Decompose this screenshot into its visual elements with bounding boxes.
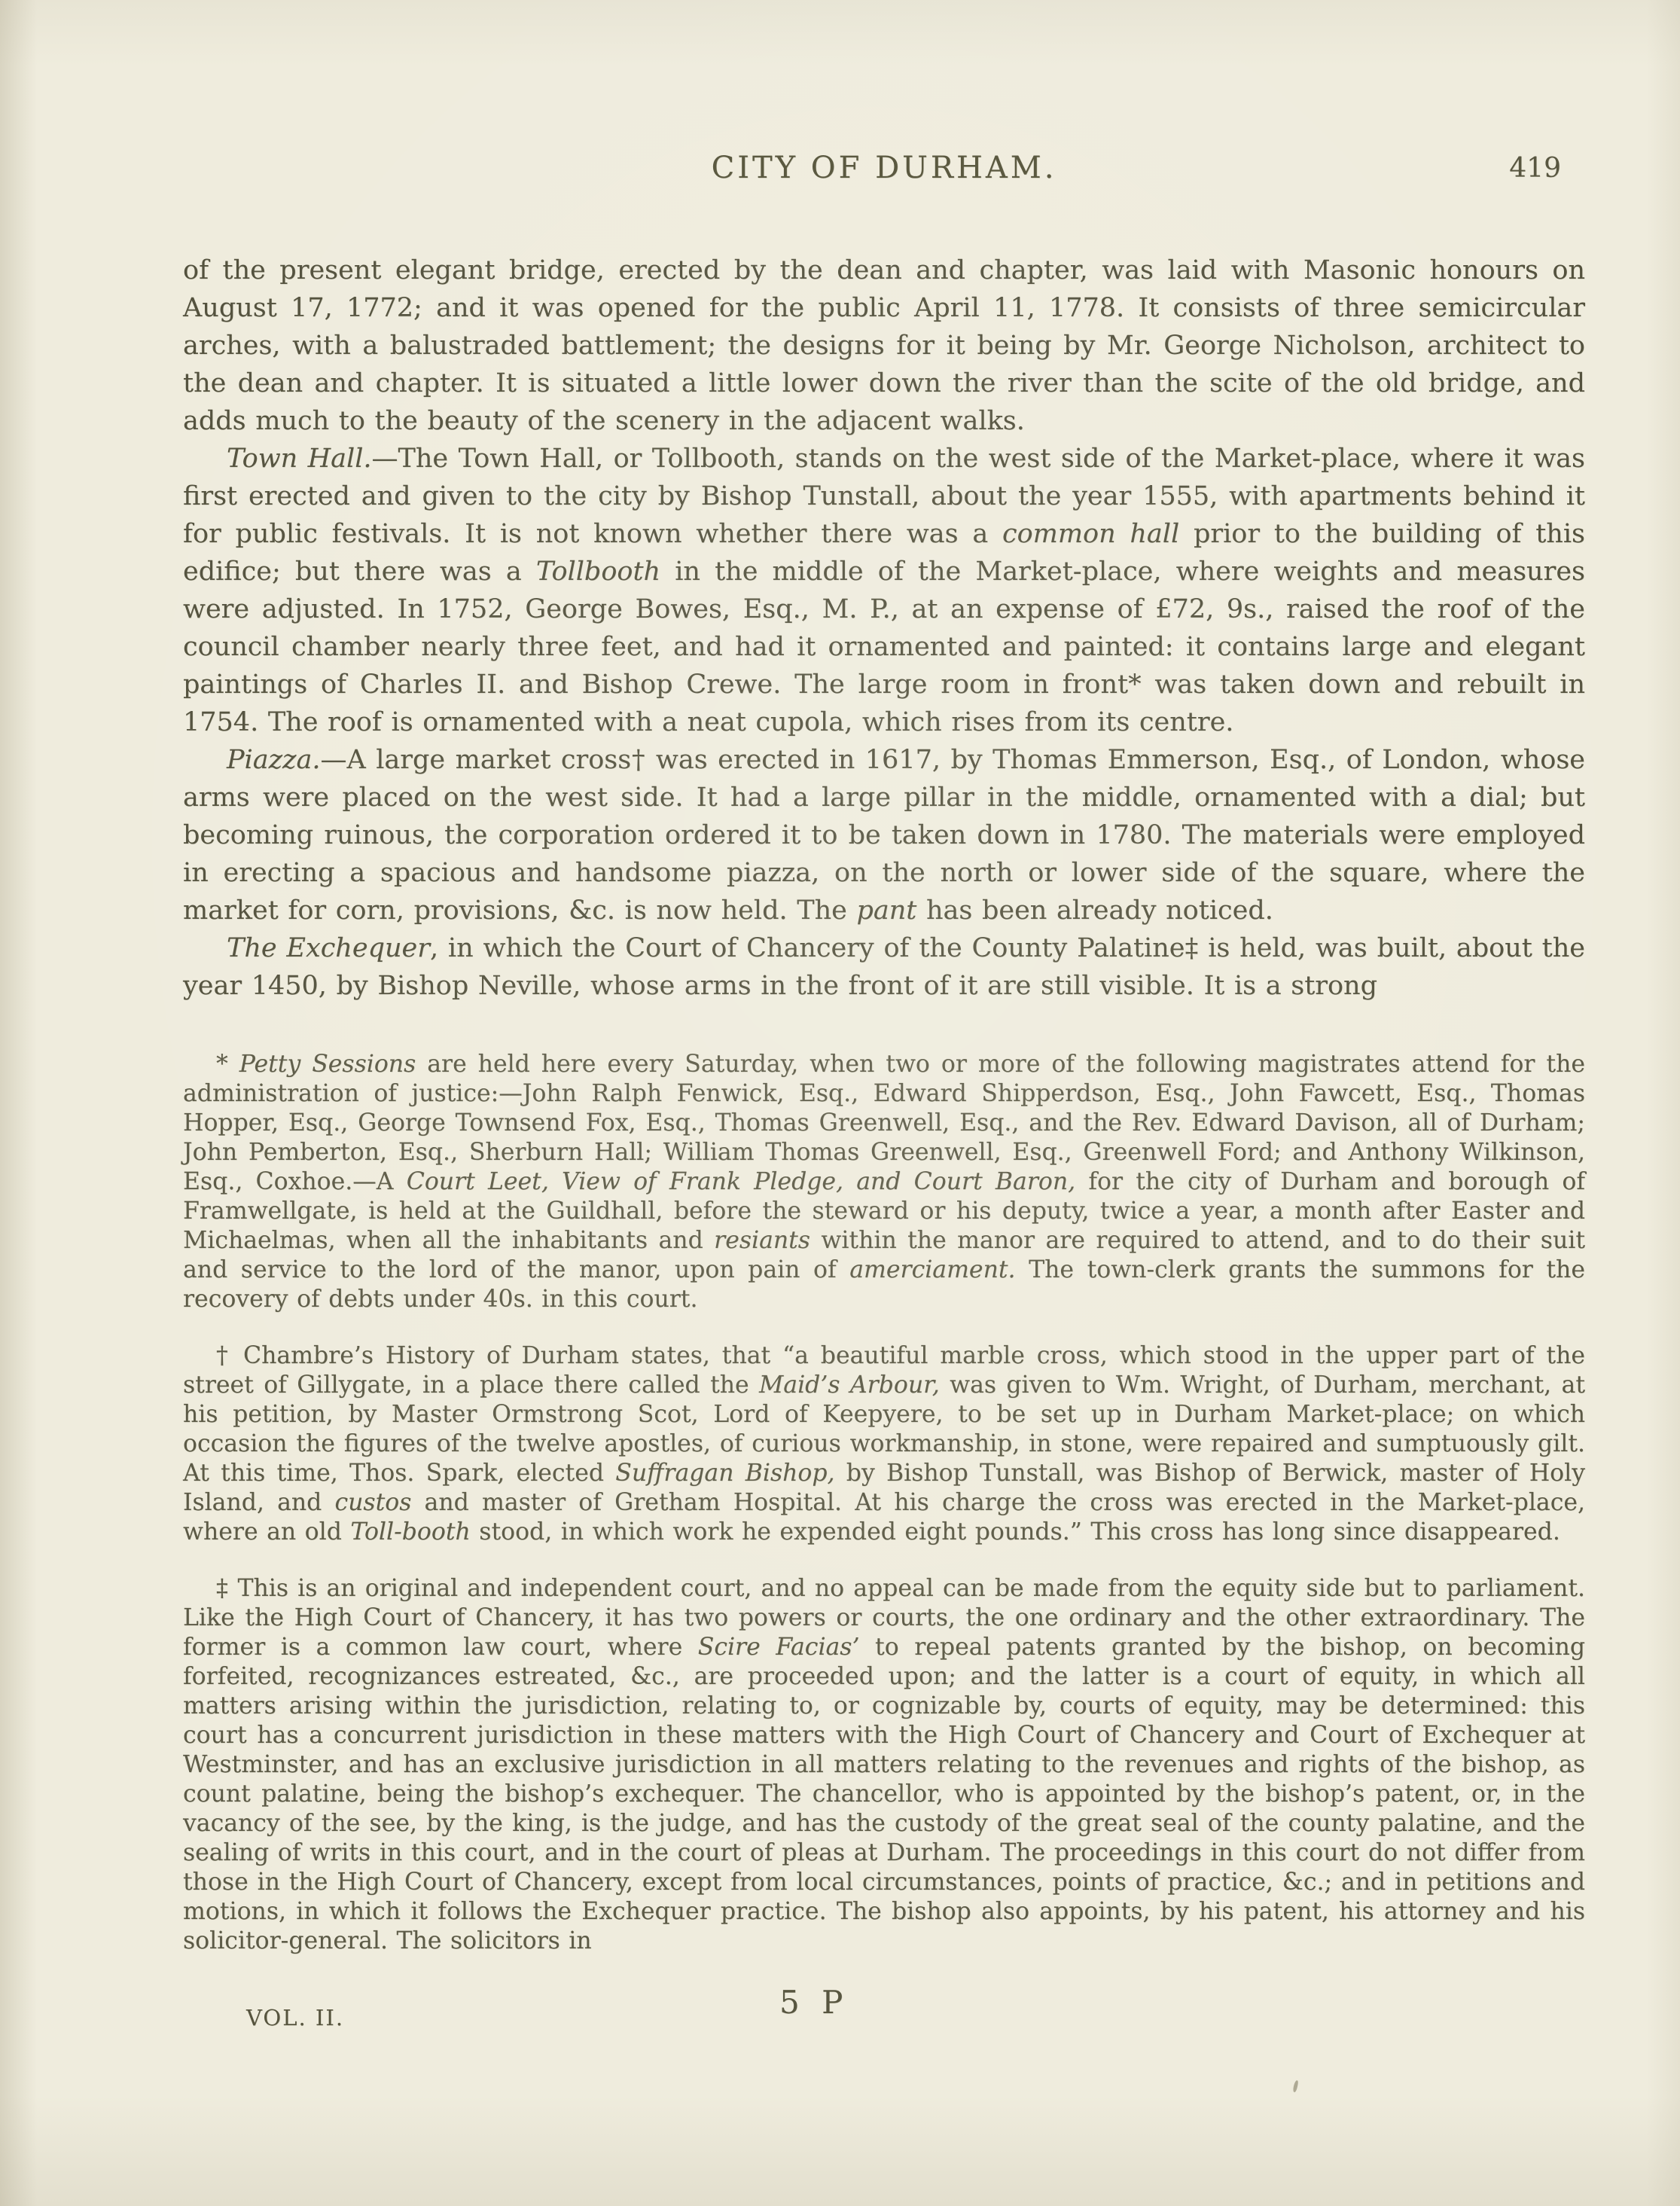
body-paragraphs: of the present elegant bridge, erected b…	[183, 252, 1585, 1005]
text-run: stood, in which work he expended eight p…	[471, 1518, 1560, 1545]
italic-text-run: pant	[856, 896, 916, 926]
footnote: ‡ This is an original and independent co…	[183, 1574, 1585, 1956]
ink-speck	[1292, 2080, 1298, 2093]
italic-text-run: Toll-booth	[350, 1518, 470, 1545]
italic-text-run: The Exchequer	[227, 933, 430, 963]
italic-text-run: Court Leet, View of Frank Pledge, and Co…	[407, 1168, 1075, 1195]
italic-text-run: common hall	[1002, 519, 1179, 549]
body-paragraph: Town Hall.—The Town Hall, or Tollbooth, …	[183, 440, 1585, 741]
footnotes-section: * Petty Sessions are held here every Sat…	[183, 1050, 1585, 1956]
italic-text-run: Piazza.	[227, 745, 320, 775]
italic-text-run: resiants	[714, 1227, 810, 1254]
footer-volume-label: VOL. II.	[246, 2005, 344, 2031]
italic-text-run: custos	[335, 1489, 412, 1516]
italic-text-run: Scire Facias’	[698, 1634, 860, 1661]
body-paragraph: The Exchequer, in which the Court of Cha…	[183, 929, 1585, 1005]
italic-text-run: Tollbooth	[536, 557, 660, 587]
text-run: has been already noticed.	[916, 896, 1273, 926]
body-paragraph: of the present elegant bridge, erected b…	[183, 252, 1585, 440]
body-paragraph: Piazza.—A large market cross† was erecte…	[183, 741, 1585, 929]
page-header: CITY OF DURHAM. 419	[183, 151, 1585, 185]
footnote: * Petty Sessions are held here every Sat…	[183, 1050, 1585, 1314]
italic-text-run: Town Hall.	[227, 444, 372, 474]
italic-text-run: Maid’s Arbour,	[759, 1372, 940, 1399]
italic-text-run: Petty Sessions	[239, 1051, 416, 1078]
text-run: *	[216, 1051, 239, 1078]
italic-text-run: Suffragan Bishop,	[615, 1460, 834, 1487]
text-run: to repeal patents granted by the bishop,…	[183, 1634, 1585, 1954]
page-title: CITY OF DURHAM.	[183, 151, 1585, 185]
page-content: of the present elegant bridge, erected b…	[183, 252, 1585, 1956]
footnote: † Chambre’s History of Durham states, th…	[183, 1341, 1585, 1547]
book-page: CITY OF DURHAM. 419 of the present elega…	[0, 0, 1680, 2206]
text-run: of the present elegant bridge, erected b…	[183, 255, 1585, 436]
page-number: 419	[1509, 153, 1561, 184]
italic-text-run: amerciament.	[849, 1256, 1015, 1283]
footer-signature-mark: 5 P	[779, 1984, 849, 2021]
